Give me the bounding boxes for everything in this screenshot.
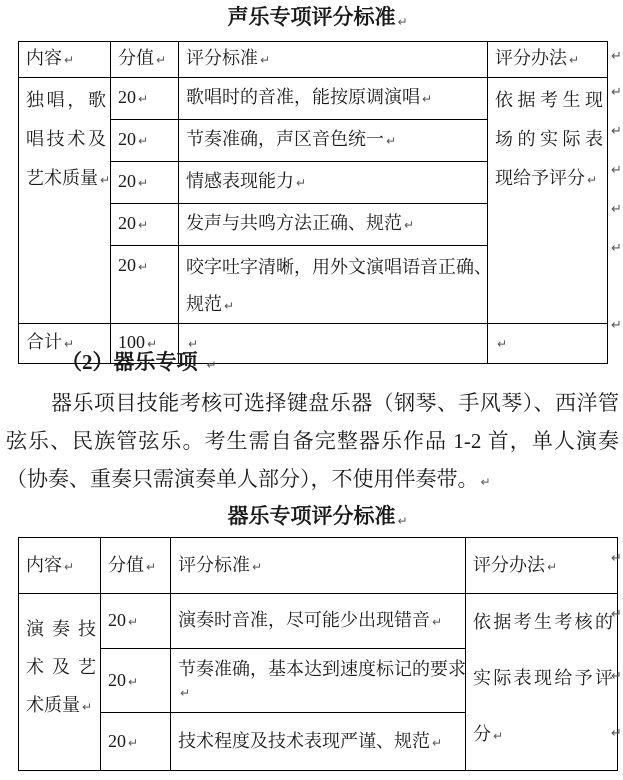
header-cell-score: 分值↵ bbox=[101, 538, 171, 594]
paragraph-mark-icon: ↵ bbox=[138, 218, 148, 232]
paragraph-mark-icon: ↵ bbox=[398, 10, 408, 34]
criteria-cell: 歌唱时的音准，能按原调演唱↵ bbox=[179, 78, 488, 120]
row-end-mark-icon: ↵ bbox=[611, 125, 622, 138]
paragraph-mark-icon: ↵ bbox=[398, 509, 408, 533]
paragraph-line: （协奏、重奏只需演奏单人部分），不使用伴奏带。↵ bbox=[6, 460, 619, 498]
paragraph-mark-icon: ↵ bbox=[128, 736, 138, 750]
table-row: 独唱，歌 唱技术及 艺术质量↵ 20↵ 歌唱时的音准，能按原调演唱↵ 依据考生现… bbox=[19, 78, 608, 120]
criteria-cell: 咬字吐字清晰，用外文演唱语音正确、 规范↵ bbox=[179, 246, 488, 324]
table-header-row: 内容↵ 分值↵ 评分标准↵ 评分办法↵ bbox=[19, 538, 618, 594]
vocal-table-title-text: 声乐专项评分标准 bbox=[228, 5, 396, 29]
paragraph-mark-icon: ↵ bbox=[138, 134, 148, 148]
row-end-mark-icon: ↵ bbox=[611, 670, 622, 683]
paragraph-line: 器乐项目技能考核可选择键盘乐器（钢琴、手风琴）、西洋管 bbox=[6, 384, 619, 422]
instrumental-paragraph: 器乐项目技能考核可选择键盘乐器（钢琴、手风琴）、西洋管 弦乐、民族管弦乐。考生需… bbox=[6, 384, 619, 498]
header-cell-content: 内容↵ bbox=[19, 538, 101, 594]
criteria-cell: 技术程度及技术表现严谨、规范↵ bbox=[171, 713, 466, 771]
paragraph-mark-icon: ↵ bbox=[481, 475, 491, 489]
paragraph-mark-icon: ↵ bbox=[296, 176, 306, 190]
paragraph-mark-icon: ↵ bbox=[207, 358, 217, 372]
paragraph-mark-icon: ↵ bbox=[432, 736, 442, 750]
paragraph-mark-icon: ↵ bbox=[180, 686, 190, 700]
criteria-cell: 节奏准确，基本达到速度标记的要求↵ bbox=[171, 649, 466, 713]
header-cell-method: 评分办法↵ bbox=[488, 42, 608, 78]
table-header-row: 内容↵ 分值↵ 评分标准↵ 评分办法↵ bbox=[19, 42, 608, 78]
score-cell: 20↵ bbox=[111, 246, 179, 324]
table-row: 演奏技 术及艺 术质量↵ 20↵ 演奏时音准，尽可能少出现错音↵ 依据考生考核的… bbox=[19, 594, 618, 649]
row-end-mark-icon: ↵ bbox=[611, 552, 622, 565]
empty-cell: ↵ bbox=[179, 324, 488, 364]
criteria-cell: 发声与共鸣方法正确、规范↵ bbox=[179, 204, 488, 246]
paragraph-mark-icon: ↵ bbox=[64, 53, 74, 67]
paragraph-mark-icon: ↵ bbox=[432, 615, 442, 629]
header-cell-criteria: 评分标准↵ bbox=[171, 538, 466, 594]
paragraph-line: 弦乐、民族管弦乐。考生需自备完整器乐作品 1-2 首，单人演奏 bbox=[6, 422, 619, 460]
score-cell: 20↵ bbox=[111, 204, 179, 246]
instrumental-score-table: 内容↵ 分值↵ 评分标准↵ 评分办法↵ 演奏技 术及艺 术质量↵ 20↵ 演奏时… bbox=[18, 537, 618, 771]
row-end-mark-icon: ↵ bbox=[611, 319, 622, 332]
paragraph-mark-icon: ↵ bbox=[404, 218, 414, 232]
method-merged-cell: 依据考生考核的 实际表现给予评 分↵ bbox=[466, 594, 618, 771]
paragraph-mark-icon: ↵ bbox=[128, 615, 138, 629]
header-cell-criteria: 评分标准↵ bbox=[179, 42, 488, 78]
paragraph-mark-icon: ↵ bbox=[147, 337, 157, 351]
score-cell: 20↵ bbox=[111, 120, 179, 162]
document-page: 声乐专项评分标准↵ 内容↵ 分值↵ 评分标准↵ 评分办法↵ 独唱，歌 唱技术及 … bbox=[0, 0, 623, 780]
paragraph-mark-icon: ↵ bbox=[138, 176, 148, 190]
paragraph-mark-icon: ↵ bbox=[386, 134, 396, 148]
header-cell-method: 评分办法↵ bbox=[466, 538, 618, 594]
score-cell: 20↵ bbox=[101, 594, 171, 649]
row-end-mark-icon: ↵ bbox=[611, 727, 622, 740]
paragraph-mark-icon: ↵ bbox=[252, 560, 262, 574]
method-merged-cell: 依据考生现 场的实际表 现给予评分↵ bbox=[488, 78, 608, 324]
vocal-table-title: 声乐专项评分标准↵ bbox=[0, 5, 623, 29]
criteria-cell: 情感表现能力↵ bbox=[179, 162, 488, 204]
paragraph-mark-icon: ↵ bbox=[82, 700, 92, 714]
paragraph-mark-icon: ↵ bbox=[493, 729, 503, 743]
paragraph-mark-icon: ↵ bbox=[146, 560, 156, 574]
score-cell: 20↵ bbox=[101, 713, 171, 771]
vocal-score-table: 内容↵ 分值↵ 评分标准↵ 评分办法↵ 独唱，歌 唱技术及 艺术质量↵ 20↵ … bbox=[18, 41, 608, 364]
row-end-mark-icon: ↵ bbox=[611, 242, 622, 255]
content-merged-cell: 独唱，歌 唱技术及 艺术质量↵ bbox=[19, 78, 111, 324]
instrumental-table-title: 器乐专项评分标准↵ bbox=[0, 504, 623, 528]
paragraph-mark-icon: ↵ bbox=[138, 92, 148, 106]
instrumental-table-title-text: 器乐专项评分标准 bbox=[228, 504, 396, 528]
criteria-cell: 节奏准确，声区音色统一↵ bbox=[179, 120, 488, 162]
header-cell-score: 分值↵ bbox=[111, 42, 179, 78]
row-end-mark-icon: ↵ bbox=[611, 50, 622, 63]
paragraph-mark-icon: ↵ bbox=[128, 675, 138, 689]
score-cell: 20↵ bbox=[111, 162, 179, 204]
score-cell: 20↵ bbox=[101, 649, 171, 713]
paragraph-mark-icon: ↵ bbox=[422, 92, 432, 106]
paragraph-mark-icon: ↵ bbox=[497, 337, 507, 351]
header-cell-content: 内容↵ bbox=[19, 42, 111, 78]
paragraph-mark-icon: ↵ bbox=[260, 53, 270, 67]
criteria-cell: 演奏时音准，尽可能少出现错音↵ bbox=[171, 594, 466, 649]
paragraph-mark-icon: ↵ bbox=[587, 173, 597, 187]
paragraph-mark-icon: ↵ bbox=[224, 299, 234, 313]
instrumental-section-heading: （2）器乐专项↵ bbox=[61, 350, 217, 378]
paragraph-mark-icon: ↵ bbox=[138, 260, 148, 274]
paragraph-mark-icon: ↵ bbox=[64, 560, 74, 574]
score-cell: 20↵ bbox=[111, 78, 179, 120]
content-merged-cell: 演奏技 术及艺 术质量↵ bbox=[19, 594, 101, 771]
row-end-mark-icon: ↵ bbox=[611, 203, 622, 216]
paragraph-mark-icon: ↵ bbox=[100, 173, 110, 187]
paragraph-mark-icon: ↵ bbox=[64, 337, 74, 351]
row-end-mark-icon: ↵ bbox=[611, 86, 622, 99]
paragraph-mark-icon: ↵ bbox=[188, 337, 198, 351]
paragraph-mark-icon: ↵ bbox=[569, 53, 579, 67]
empty-cell: ↵ bbox=[488, 324, 608, 364]
paragraph-mark-icon: ↵ bbox=[547, 560, 557, 574]
paragraph-mark-icon: ↵ bbox=[156, 53, 166, 67]
row-end-mark-icon: ↵ bbox=[611, 608, 622, 621]
row-end-mark-icon: ↵ bbox=[611, 164, 622, 177]
